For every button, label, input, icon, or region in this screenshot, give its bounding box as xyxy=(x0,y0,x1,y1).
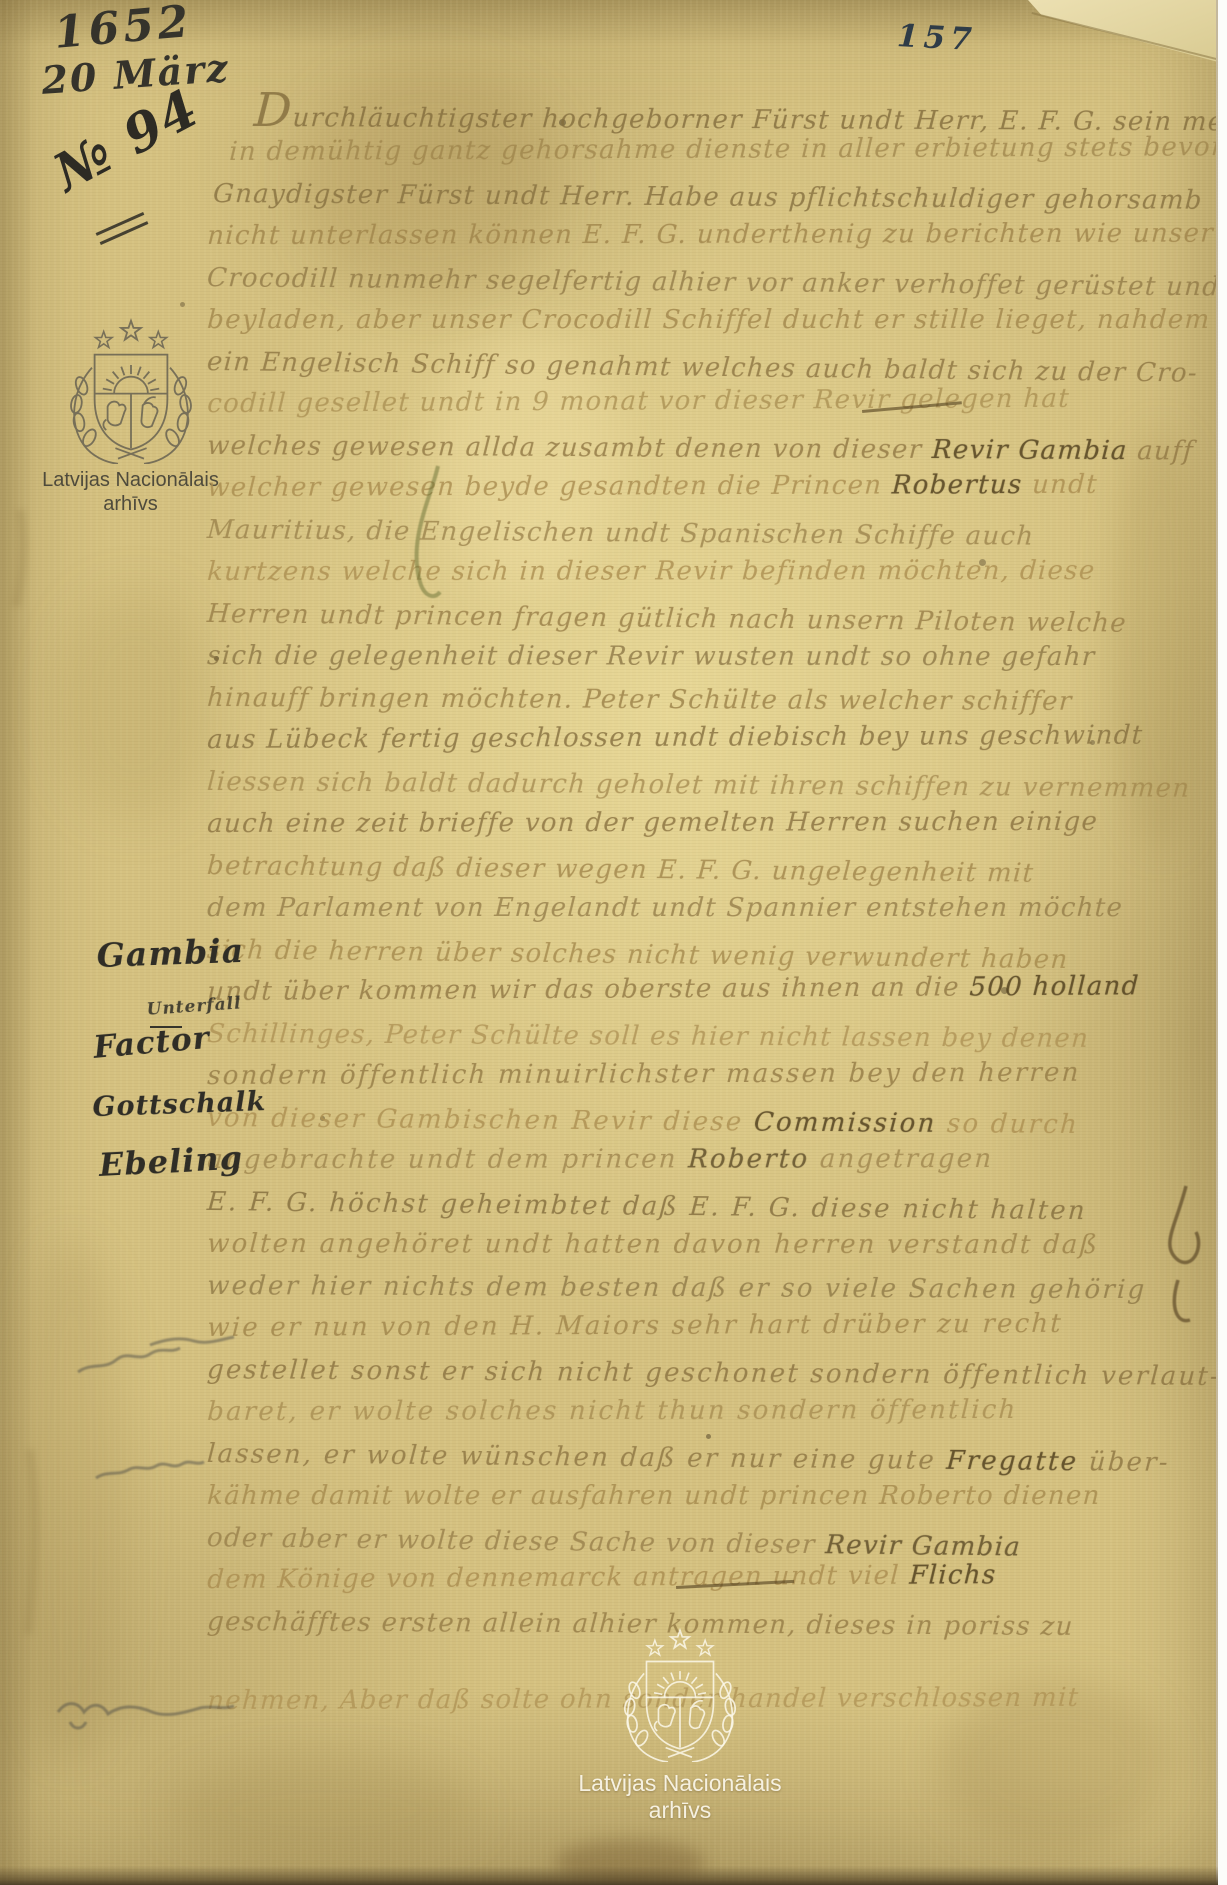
manuscript-line: liessen sich baldt dadurch geholet mit i… xyxy=(206,767,1191,804)
manuscript-line: kähme damit wolte er ausfahren undt prin… xyxy=(206,1481,1101,1511)
manuscript-line: angebrachte undt dem princen Roberto ang… xyxy=(206,1144,994,1175)
manuscript-line: welches gewesen allda zusambt denen von … xyxy=(206,431,1195,467)
manuscript-line: in demühtig gantz gehorsahme dienste in … xyxy=(229,132,1218,167)
manuscript-line: kurtzens welche sich in dieser Revir bef… xyxy=(206,556,1096,587)
manuscript-line: Crocodill nunmehr segelfertig alhier vor… xyxy=(206,263,1218,302)
marginalia-note: Ebeling xyxy=(98,1138,244,1183)
manuscript-line: nicht unterlassen können E. F. G. undert… xyxy=(207,219,1215,251)
manuscript-line: gestellet sonst er sich nicht geschonet … xyxy=(206,1355,1218,1392)
manuscript-line: baret, er wolte solches nicht thun sonde… xyxy=(207,1395,1019,1427)
manuscript-line: Herren undt princen fragen gütlich nach … xyxy=(206,599,1128,639)
manuscript-line: lassen, er wolte wünschen daß er nur ein… xyxy=(206,1439,1171,1478)
marginalia-underline xyxy=(150,1026,182,1028)
manuscript-line: Schillinges, Peter Schülte soll es hier … xyxy=(206,1019,1090,1054)
manuscript-line: nehmen, Aber daß solte ohn sonder handel… xyxy=(207,1683,1081,1716)
manuscript-line: dem Könige von dennemarck antragen undt … xyxy=(207,1560,998,1595)
manuscript-line: sich die herren über solches nicht wenig… xyxy=(206,935,1069,975)
manuscript-line: geschäfftes ersten allein alhier kommen,… xyxy=(206,1607,1074,1642)
manuscript-line: dem Parlament von Engelandt undt Spannie… xyxy=(206,893,1124,923)
manuscript-line: auch eine zeit brieffe von der gemelten … xyxy=(207,807,1099,839)
manuscript-line: hinauff bringen möchten. Peter Schülte a… xyxy=(206,683,1073,717)
manuscript-line: wolten angehöret undt hatten davon herre… xyxy=(206,1229,1100,1260)
manuscript-line: weder hier nichts dem besten daß er so v… xyxy=(206,1271,1147,1305)
manuscript-line: undt über kommen wir das oberste aus ihn… xyxy=(207,971,1141,1007)
manuscript-line: Gnaydigster Fürst undt Herr. Habe aus pf… xyxy=(212,179,1204,216)
scan-edge-right xyxy=(1216,0,1227,1885)
manuscript-line: betrachtung daß dieser wegen E. F. G. un… xyxy=(206,851,1035,889)
manuscript-line: E. F. G. höchst geheimbtet daß E. F. G. … xyxy=(206,1187,1088,1226)
marginalia-note: Gambia xyxy=(96,931,245,975)
manuscript-line: aus Lübeck fertig geschlossen undt diebi… xyxy=(207,720,1145,755)
manuscript-line: Mauritius, die Engelischen undt Spanisch… xyxy=(206,515,1035,552)
scan-edge-bottom xyxy=(0,1866,1218,1885)
manuscript-line: wie er nun von den H. Maiors sehr hart d… xyxy=(207,1309,1064,1343)
manuscript-line: Durchläuchtigster hochgeborner Fürst und… xyxy=(253,95,1218,137)
manuscript-line: welcher gewesen beyde gesandten die Prin… xyxy=(207,470,1099,503)
scanned-manuscript-page: Latvijas Nacionālais arhīvs Durchläuchti… xyxy=(0,0,1227,1885)
manuscript-line: sondern öffentlich minuirlichster massen… xyxy=(207,1058,1082,1091)
page-number: 157 xyxy=(896,18,977,58)
manuscript-line: beyladen, aber unser Crocodill Schiffel … xyxy=(206,305,1211,335)
marginalia-note: Gottschalk xyxy=(92,1086,267,1123)
manuscript-line: oder aber er wolte diese Sache von diese… xyxy=(206,1523,1022,1562)
manuscript-line: ein Engelisch Schiff so genahmt welches … xyxy=(206,347,1199,389)
manuscript-line: codill gesellet undt in 9 monat vor dies… xyxy=(207,384,1071,419)
manuscript-line: von dieser Gambischen Revir diese Commis… xyxy=(206,1103,1080,1140)
manuscript-line: sich die gelegenheit dieser Revir wusten… xyxy=(206,641,1096,672)
